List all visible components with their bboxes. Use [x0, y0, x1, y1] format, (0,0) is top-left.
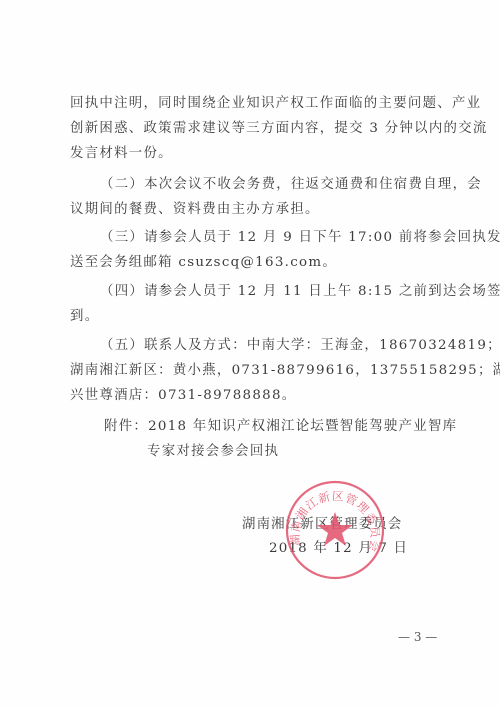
- paragraph-line: 发言材料一份。: [70, 146, 173, 162]
- attachment-line: 专家对接会参会回执: [147, 444, 279, 460]
- paragraph-line: （三）请参会人员于 12 月 9 日下午 17:00 前将参会回执发: [100, 230, 500, 246]
- paragraph-line: 兴世尊酒店：0731-89788888。: [70, 388, 297, 404]
- paragraph-line: （四）请参会人员于 12 月 11 日上午 8:15 之前到达会场签: [100, 284, 500, 300]
- page-number: — 3 —: [398, 630, 437, 644]
- paragraph-line: 回执中注明，同时围绕企业知识产权工作面临的主要问题、产业: [70, 96, 481, 112]
- attachment-line: 附件：2018 年知识产权湘江论坛暨智能驾驶产业智库: [104, 419, 457, 435]
- paragraph-line: 送至会务组邮箱 csuzscq@163.com。: [70, 255, 337, 271]
- paragraph-line: 创新困惑、政策需求建议等三方面内容，提交 3 分钟以内的交流: [70, 121, 488, 137]
- paragraph-line: 议期间的餐费、资料费由主办方承担。: [70, 202, 320, 218]
- paragraph-line: （五）联系人及方式：中南大学：王海金，18670324819；: [100, 338, 500, 354]
- paragraph-line: 到。: [70, 309, 99, 325]
- signature-organization: 湖南湘江新区管理委员会: [242, 513, 403, 532]
- paragraph-line: （二）本次会议不收会务费，往返交通费和住宿费自理，会: [100, 177, 482, 193]
- document-page: 回执中注明，同时围绕企业知识产权工作面临的主要问题、产业 创新困惑、政策需求建议…: [0, 0, 500, 707]
- signature-date: 2018 年 12 月 7 日: [269, 537, 408, 556]
- paragraph-line: 湖南湘江新区：黄小燕，0731-88799616，13755158295；湖南佳: [70, 363, 500, 379]
